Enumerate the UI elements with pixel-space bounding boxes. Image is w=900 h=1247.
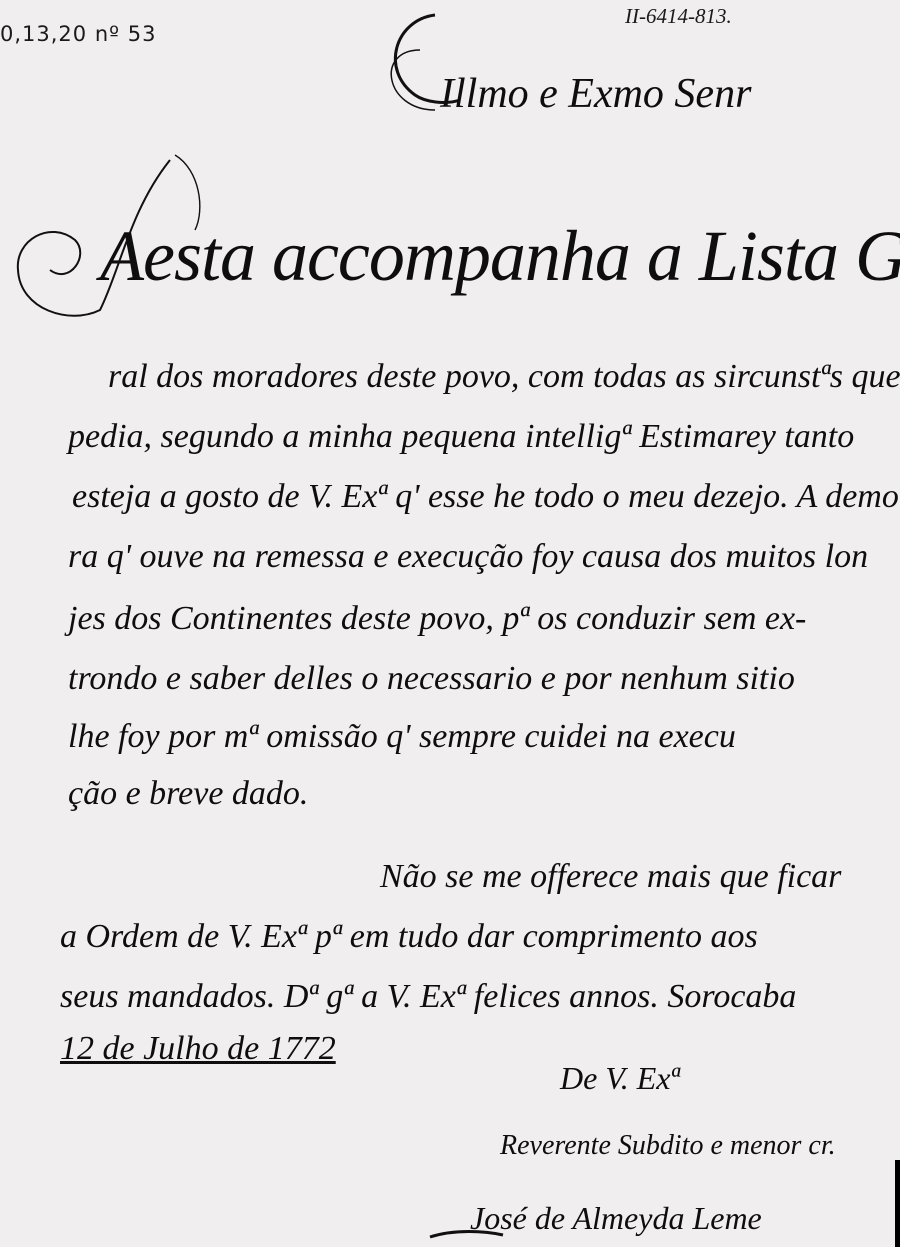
- archive-catalog-code: II-6414-813.: [625, 4, 732, 29]
- body-line: ra q' ouve na remessa e execução foy cau…: [68, 538, 868, 576]
- letter-page: 0,13,20 nº 53 II-6414-813. Illmo e Exmo …: [0, 0, 900, 1247]
- salutation: Illmo e Exmo Senr: [440, 70, 751, 118]
- scan-border-edge: [895, 1160, 900, 1247]
- signature-flourish-icon: [425, 1225, 505, 1245]
- opening-line: Aesta accompanha a Lista Gera: [100, 215, 900, 298]
- body-line: lhe foy por mª omissão q' sempre cuidei …: [68, 718, 736, 756]
- body-line: esteja a gosto de V. Exª q' esse he todo…: [72, 478, 899, 516]
- body-line: jes dos Continentes deste povo, pª os co…: [68, 600, 806, 638]
- body-line: trondo e saber delles o necessario e por…: [68, 660, 795, 698]
- body-line: pedia, segundo a minha pequena intelligª…: [68, 418, 854, 456]
- signature-valediction: Reverente Subdito e menor cr.: [500, 1130, 836, 1162]
- body-line: ral dos moradores deste povo, com todas …: [108, 358, 900, 396]
- signature-address: De V. Exª: [560, 1060, 679, 1097]
- body-line: ção e breve dado.: [68, 775, 308, 813]
- signature-name: José de Almeyda Leme: [470, 1200, 762, 1237]
- closing-line: Não se me offerece mais que ficar: [380, 858, 841, 896]
- letter-date: 12 de Julho de 1772: [60, 1030, 336, 1068]
- closing-line: a Ordem de V. Exª pª em tudo dar comprim…: [60, 918, 758, 956]
- archive-reference-stamp: 0,13,20 nº 53: [0, 22, 156, 46]
- closing-line: seus mandados. Dª gª a V. Exª felices an…: [60, 978, 796, 1016]
